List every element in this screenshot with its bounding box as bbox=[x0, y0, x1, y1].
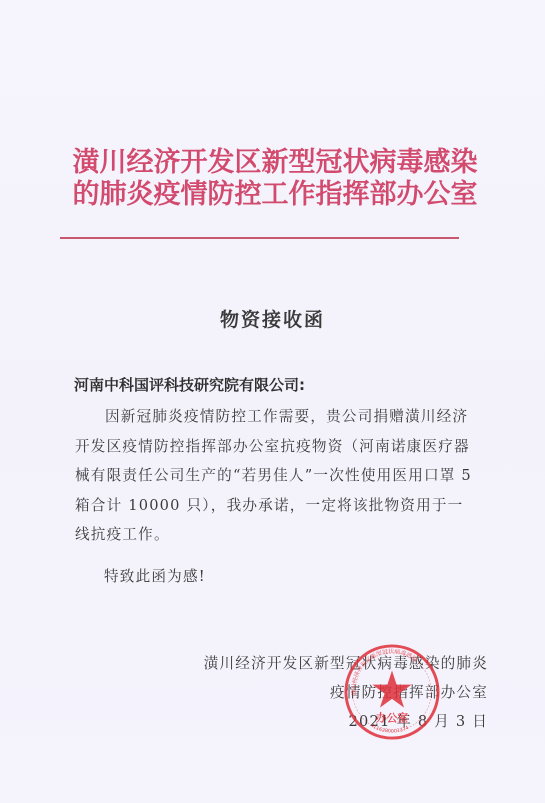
body-paragraph: 因新冠肺炎疫情防控工作需要，贵公司捐赠潢川经济开发区疫情防控指挥部办公室抗疫物资… bbox=[75, 402, 475, 550]
addressee: 河南中科国评科技研究院有限公司: bbox=[74, 374, 305, 395]
official-seal-icon: 办公室 潢川经济开发区新型冠状病毒感染 4116280001374 bbox=[343, 643, 441, 741]
document-title: 物资接收函 bbox=[0, 305, 545, 332]
letterhead-line-2: 的肺炎疫情防控工作指挥部办公室 bbox=[60, 178, 490, 211]
seal-center-text: 办公室 bbox=[376, 711, 409, 724]
closing-remark: 特致此函为感! bbox=[104, 565, 206, 586]
letterhead-divider bbox=[60, 237, 459, 239]
letterhead-line-1: 潢川经济开发区新型冠状病毒感染 bbox=[60, 146, 490, 179]
body-paragraph-container: 因新冠肺炎疫情防控工作需要，贵公司捐赠潢川经济开发区疫情防控指挥部办公室抗疫物资… bbox=[75, 402, 475, 550]
document-page: 潢川经济开发区新型冠状病毒感染 的肺炎疫情防控工作指挥部办公室 物资接收函 河南… bbox=[0, 0, 545, 803]
